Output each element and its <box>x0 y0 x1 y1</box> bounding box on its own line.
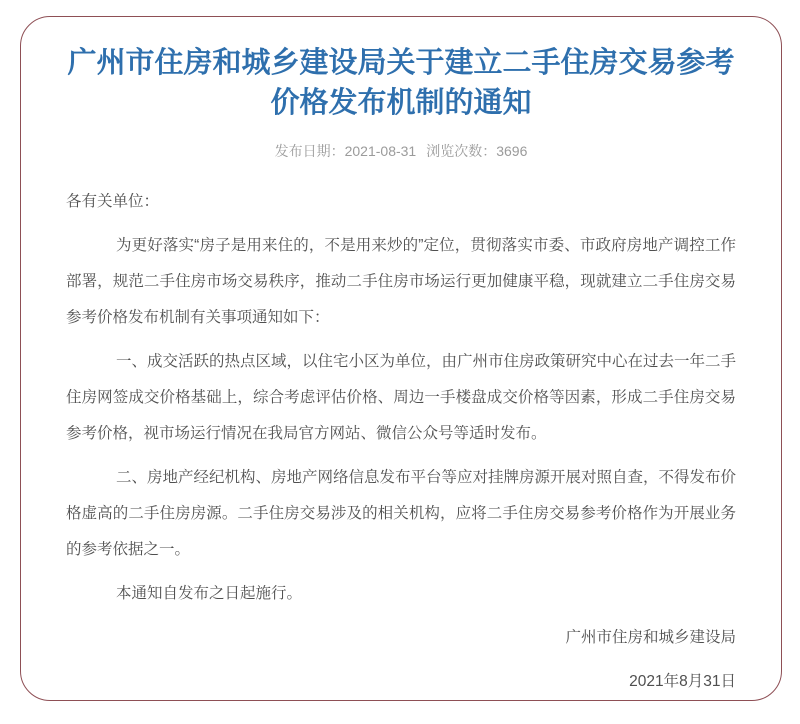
salutation: 各有关单位： <box>66 184 736 220</box>
publish-date-value: 2021-08-31 <box>345 143 417 159</box>
paragraph-intro: 为更好落实“房子是用来住的，不是用来炒的”定位，贯彻落实市委、市政府房地产调控工… <box>66 228 736 336</box>
views-label: 浏览次数： <box>426 143 496 159</box>
signature: 广州市住房和城乡建设局 <box>66 620 736 656</box>
notice-title: 广州市住房和城乡建设局关于建立二手住房交易参考价格发布机制的通知 <box>61 43 741 123</box>
paragraph-effective: 本通知自发布之日起施行。 <box>66 576 736 612</box>
notice-meta: 发布日期：2021-08-31浏览次数：3696 <box>21 141 781 161</box>
notice-body: 各有关单位： 为更好落实“房子是用来住的，不是用来炒的”定位，贯彻落实市委、市政… <box>66 184 736 700</box>
publish-date-label: 发布日期： <box>275 143 345 159</box>
paragraph-item-1: 一、成交活跃的热点区域，以住宅小区为单位，由广州市住房政策研究中心在过去一年二手… <box>66 344 736 452</box>
signature-date: 2021年8月31日 <box>66 664 736 700</box>
notice-frame: 广州市住房和城乡建设局关于建立二手住房交易参考价格发布机制的通知 发布日期：20… <box>20 16 782 701</box>
views-count: 3696 <box>496 143 527 159</box>
paragraph-item-2: 二、房地产经纪机构、房地产网络信息发布平台等应对挂牌房源开展对照自查，不得发布价… <box>66 460 736 568</box>
